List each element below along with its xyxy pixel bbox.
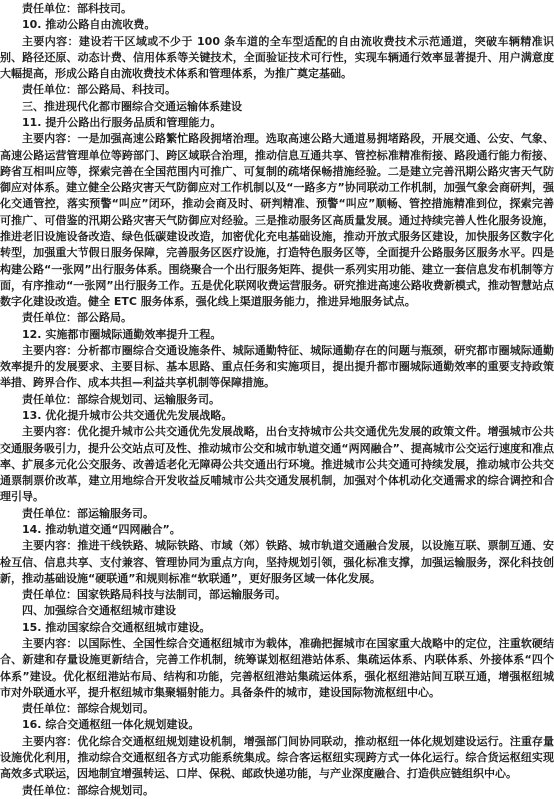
task-item-heading: 15. 推动国家综合交通枢纽城市建设。 <box>0 620 554 636</box>
content-paragraph: 主要内容：推进干线铁路、城际铁路、市域（郊）铁路、城市轨道交通融合发展，以设施互… <box>0 538 554 587</box>
task-item-heading: 10. 推动公路自由流收费。 <box>0 17 554 33</box>
content-paragraph: 主要内容：优化提升城市公共交通优先发展战略，出台支持城市公共交通优先发展的政策文… <box>0 424 554 505</box>
task-item-heading: 11. 提升公路出行服务品质和管理能力。 <box>0 115 554 131</box>
content-paragraph: 主要内容：以国际性、全国性综合交通枢纽城市为载体，准确把握城市在国家重大战略中的… <box>0 636 554 701</box>
responsible-unit-line: 责任单位：部公路局。 <box>0 310 554 326</box>
task-item-heading: 16. 综合交通枢纽一体化规划建设。 <box>0 717 554 733</box>
section-heading: 四、加强综合交通枢纽城市建设 <box>0 603 554 619</box>
content-paragraph: 主要内容：一是加强高速公路繁忙路段拥堵治理。选取高速公路大通道易拥堵路段，开展交… <box>0 131 554 310</box>
section-heading: 三、推进现代化都市圈综合交通运输体系建设 <box>0 99 554 115</box>
task-item-heading: 14. 推动轨道交通“四网融合”。 <box>0 522 554 538</box>
responsible-unit-line: 责任单位：部综合规划司。 <box>0 701 554 717</box>
policy-document-page: 责任单位：部科技司。10. 推动公路自由流收费。主要内容：建设若干区域或不少于 … <box>0 0 554 799</box>
responsible-unit-line: 责任单位：部综合规划司、运输服务司。 <box>0 392 554 408</box>
content-paragraph: 主要内容：优化综合交通枢纽规划建设机制，增强部门间协同联动，推动枢纽一体化规划建… <box>0 734 554 783</box>
responsible-unit-line: 责任单位：部运输服务司。 <box>0 506 554 522</box>
task-item-heading: 13. 优化提升城市公共交通优先发展战略。 <box>0 408 554 424</box>
responsible-unit-line: 责任单位：部综合规划司。 <box>0 783 554 799</box>
responsible-unit-line: 责任单位：国家铁路局科技与法制司，部运输服务司。 <box>0 587 554 603</box>
content-paragraph: 主要内容：分析都市圈综合交通设施条件、城际通勤特征、城际通勤存在的问题与瓶颈，研… <box>0 343 554 392</box>
content-paragraph: 主要内容：建设若干区域或不少于 100 条车道的全车型适配的自由流收费技术示范通… <box>0 34 554 83</box>
task-item-heading: 12. 实施都市圈城际通勤效率提升工程。 <box>0 327 554 343</box>
responsible-unit-line: 责任单位：部科技司。 <box>0 1 554 17</box>
responsible-unit-line: 责任单位：部公路局、科技司。 <box>0 82 554 98</box>
